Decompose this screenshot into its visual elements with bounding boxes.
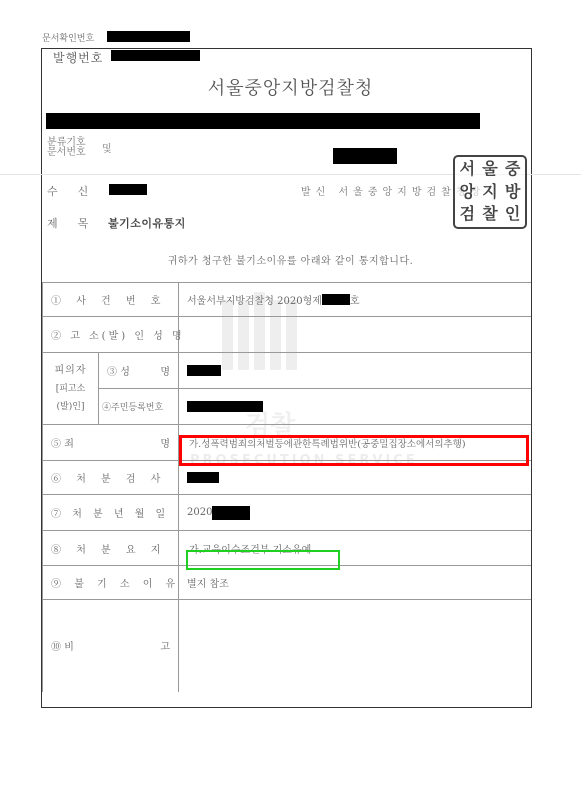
table-row-case-number: ① 사 건 번 호 서울서부지방검찰청 2020형제 호 (43, 283, 532, 317)
disposition-summary-label: ⑧ 처 분 요 지 (43, 531, 179, 566)
disposition-date-label: ⑦ 처 분 년 월 일 (43, 495, 179, 531)
recipient-label: 수신 (47, 183, 108, 199)
subject-label: 제목 (47, 215, 108, 231)
notice-table: ① 사 건 번 호 서울서부지방검찰청 2020형제 호 ② 고 소(발) 인 … (42, 282, 531, 692)
table-row-suspect-name: 피의자 [피고소(발)인] ③ 성 명 (43, 353, 532, 389)
reason-label: ⑨ 불 기 소 이 유 (43, 566, 179, 600)
suspect-name-value (179, 353, 532, 389)
redacted-suspect-name (187, 365, 221, 376)
suspect-group-label: 피의자 [피고소(발)인] (43, 353, 99, 425)
disposition-year: 2020 (187, 507, 212, 518)
suspect-name-label: ③ 성 명 (99, 353, 179, 389)
redacted-resident-number (187, 401, 263, 412)
classification-label: 분류기호 문서번호 (47, 138, 86, 158)
row-num: ② (51, 331, 64, 342)
remarks-value (179, 600, 532, 692)
seal-char: 찰 (479, 203, 502, 226)
redacted-disposition-date (212, 506, 250, 520)
row-label: 처 분 요 지 (76, 545, 166, 556)
seal-char: 울 (479, 158, 502, 181)
resident-number-value (179, 389, 532, 425)
row-label: 불 기 소 이 유 (74, 579, 180, 590)
redacted-classification-number (333, 148, 397, 164)
sender-label: 발신 (301, 187, 330, 198)
row-label: 처 분 검 사 (76, 474, 166, 485)
notice-text: 귀하가 청구한 불기소이유를 아래와 같이 통지합니다. (0, 252, 581, 267)
defendant-label: [피고소(발)인] (51, 380, 90, 416)
row-num: ⑤ (51, 439, 61, 450)
row-num: ③ (107, 367, 117, 378)
table-row-remarks: ⑩ 비 고 (43, 600, 532, 692)
seal-char: 방 (501, 181, 524, 204)
complainant-value (179, 317, 532, 353)
table-row-resident-number: ④주민등록번호 (43, 389, 532, 425)
charge-highlight-box (179, 435, 529, 466)
row-label: 처 분 년 월 일 (72, 509, 169, 520)
seal-char: 서 (456, 158, 479, 181)
resident-number-label: ④주민등록번호 (99, 389, 179, 425)
row-label-left: 죄 (64, 439, 74, 450)
reason-value: 별지 참조 (179, 566, 532, 600)
row-label: 사 건 번 호 (76, 296, 166, 307)
redacted-confirm-number (107, 31, 190, 42)
case-number-value: 서울서부지방검찰청 2020형제 호 (179, 283, 532, 317)
case-number-prefix: 서울서부지방검찰청 2020형제 (187, 292, 322, 307)
table-row-non-prosecution-reason: ⑨ 불 기 소 이 유 별지 참조 (43, 566, 532, 600)
classification-label-line2: 문서번호 (47, 148, 86, 158)
row-label-right: 명 (160, 435, 170, 450)
table-row-disposition-date: ⑦ 처 분 년 월 일 2020 (43, 495, 532, 531)
prosecutor-label: ⑥ 처 분 검 사 (43, 461, 179, 495)
row-num: ⑥ (51, 474, 67, 485)
row-num: ⑦ (51, 509, 65, 520)
complainant-label: ② 고 소(발) 인 성 명 (43, 317, 179, 353)
table-row-complainant: ② 고 소(발) 인 성 명 (43, 317, 532, 353)
classification-and: 및 (102, 140, 112, 155)
seal-char: 지 (479, 181, 502, 204)
doc-confirm-label: 문서확인번호 (42, 31, 94, 44)
case-number-suffix: 호 (350, 292, 360, 307)
remarks-label: ⑩ 비 고 (43, 600, 179, 692)
row-num: ① (51, 296, 67, 307)
redacted-recipient (109, 184, 147, 195)
redacted-prosecutor (187, 472, 219, 483)
row-label-left: 성 (120, 367, 130, 378)
redacted-case-number (322, 294, 350, 305)
seal-char: 중 (501, 158, 524, 181)
row-num: ⑩ (51, 642, 61, 653)
seal-char: 앙 (456, 181, 479, 204)
row-num: ④ (102, 403, 111, 413)
row-num: ⑨ (51, 579, 66, 590)
redacted-address-line (46, 113, 480, 129)
charge-label: ⑤ 죄 명 (43, 425, 179, 461)
seal-char: 인 (501, 203, 524, 226)
row-label-right: 명 (160, 363, 170, 378)
case-number-label: ① 사 건 번 호 (43, 283, 179, 317)
row-label-right: 고 (160, 638, 170, 653)
disposition-highlight-box (186, 550, 340, 570)
organization-title: 서울중앙지방검찰청 (0, 74, 581, 100)
suspect-label: 피의자 (51, 362, 90, 380)
row-num: ⑧ (51, 545, 67, 556)
subject-value: 불기소이유통지 (108, 215, 186, 231)
row-label: 주민등록번호 (111, 403, 163, 413)
seal-char: 검 (456, 203, 479, 226)
issue-number-label: 발행번호 (53, 49, 103, 66)
official-seal-icon: 서 울 중 앙 지 방 검 찰 인 (453, 155, 527, 229)
redacted-issue-number (111, 50, 200, 61)
row-label-left: 비 (64, 642, 74, 653)
disposition-date-value: 2020 (179, 495, 532, 531)
row-label: 고 소(발) 인 성 명 (70, 331, 184, 342)
